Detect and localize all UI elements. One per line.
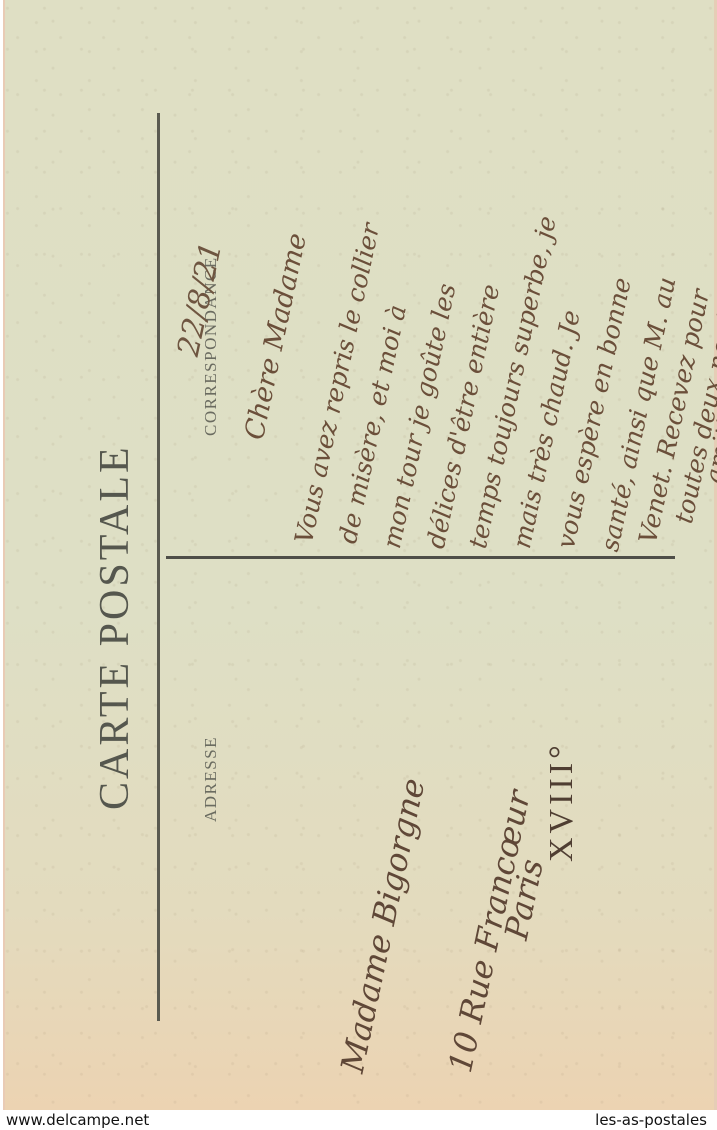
address-label: ADRESSE xyxy=(201,736,221,822)
watermark-bar: www.delcampe.net les-as-postales xyxy=(0,1110,717,1130)
address-arrondissement: XVIII° xyxy=(543,741,581,862)
vertical-divider xyxy=(157,113,160,1021)
postcard-title: CARTE POSTALE xyxy=(91,444,139,810)
handwritten-salutation: Chère Madame xyxy=(239,230,313,442)
watermark-seller: les-as-postales xyxy=(595,1111,707,1129)
address-line-name: Madame Bigorgne xyxy=(333,775,432,1076)
watermark-site: www.delcampe.net xyxy=(6,1111,149,1129)
postcard-back: CARTE POSTALE CORRESPONDANCE ADRESSE 22/… xyxy=(3,0,717,1110)
horizontal-divider xyxy=(166,556,675,559)
